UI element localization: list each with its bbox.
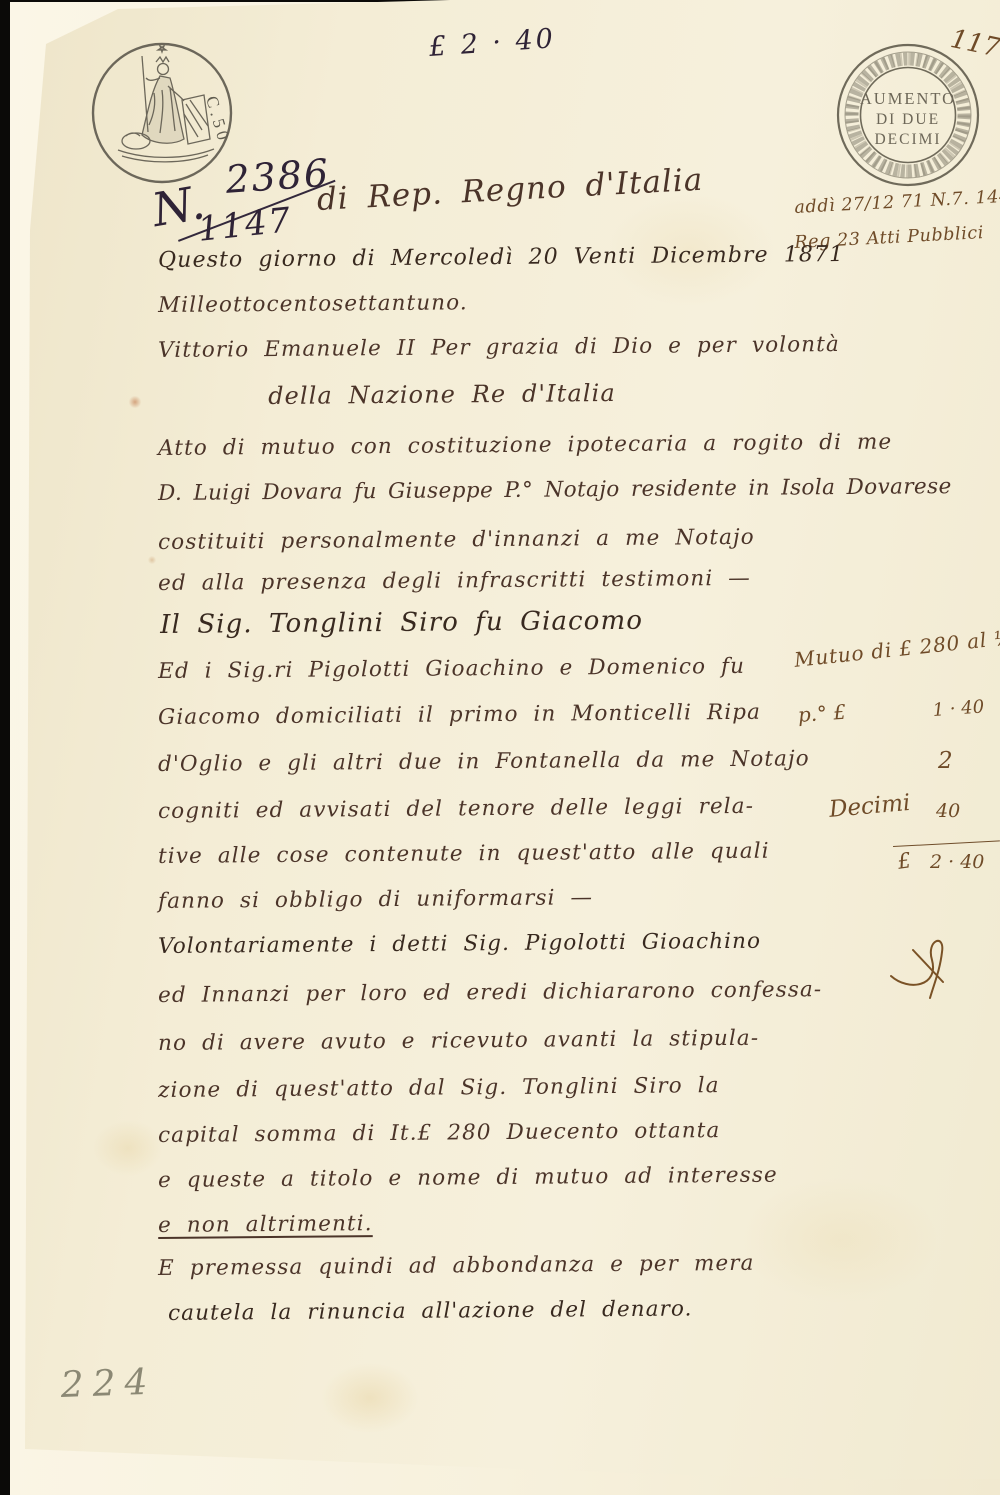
stamp-text-line2: DI DUE bbox=[876, 111, 940, 128]
body-line: capital somma di It.£ 280 Duecento ottan… bbox=[158, 1118, 720, 1148]
revenue-stamp-c50: C.50 bbox=[90, 38, 240, 192]
notary-paraph bbox=[885, 918, 965, 1003]
body-line: d'Oglio e gli altri due in Fontanella da… bbox=[158, 746, 810, 777]
body-line: Questo giorno di Mercoledì 20 Venti Dice… bbox=[158, 242, 844, 273]
body-line: cogniti ed avvisati del tenore delle leg… bbox=[158, 794, 754, 824]
fee-annotation: £ 2 · 40 bbox=[428, 23, 557, 63]
margin-calc-interest-label: p.° £ bbox=[797, 700, 847, 727]
sum-rule bbox=[893, 840, 1000, 847]
body-line: e queste a titolo e nome di mutuo ad int… bbox=[158, 1163, 778, 1193]
body-line: della Nazione Re d'Italia bbox=[268, 379, 616, 410]
act-number: 2386 bbox=[224, 151, 332, 202]
act-title-rest: di Rep. Regno d'Italia bbox=[316, 162, 704, 218]
scanned-document: { "document": { "fee_annotation": "£ 2 ·… bbox=[0, 0, 1000, 1495]
aumento-due-decimi-stamp: AUMENTO DI DUE DECIMI bbox=[833, 36, 983, 194]
body-line: tive alle cose contenute in quest'atto a… bbox=[158, 839, 770, 869]
body-line: fanno si obbligo di uniformarsi — bbox=[158, 885, 593, 914]
body-line: Il Sig. Tonglini Siro fu Giacomo bbox=[160, 606, 643, 640]
pencil-archive-number: 224 bbox=[60, 1362, 157, 1406]
margin-calc-factor: 2 bbox=[938, 748, 953, 774]
body-line: D. Luigi Dovara fu Giuseppe P.° Notajo r… bbox=[158, 474, 952, 506]
margin-calc-total-currency: £ bbox=[896, 848, 913, 874]
star-icon bbox=[158, 46, 166, 52]
margin-calc-decimi-label: Decimi bbox=[828, 790, 911, 823]
body-line: no di avere avuto e ricevuto avanti la s… bbox=[158, 1026, 759, 1056]
margin-calc-interest-value: 1 · 40 bbox=[932, 696, 985, 721]
body-line: Atto di mutuo con costituzione ipotecari… bbox=[158, 430, 892, 461]
body-line: ed alla presenza degli infrascritti test… bbox=[158, 566, 751, 596]
body-line: E premessa quindi ad abbondanza e per me… bbox=[158, 1251, 755, 1281]
margin-calc-mutuo: Mutuo di £ 280 al ½ bbox=[793, 625, 1000, 672]
body-line: ed Innanzi per loro ed eredi dichiararon… bbox=[158, 977, 822, 1008]
body-line: cautela la rinuncia all'azione del denar… bbox=[168, 1296, 693, 1326]
body-line: Milleottocentosettantuno. bbox=[158, 290, 468, 318]
margin-calc-decimi-value: 40 bbox=[936, 800, 960, 822]
body-line: Ed i Sig.ri Pigolotti Gioachino e Domeni… bbox=[158, 654, 745, 684]
body-line: Vittorio Emanuele II Per grazia di Dio e… bbox=[158, 332, 840, 363]
body-line: e non altrimenti. bbox=[158, 1211, 373, 1238]
body-line: Giacomo domiciliati il primo in Monticel… bbox=[158, 700, 761, 730]
stamp-text-line1: AUMENTO bbox=[860, 89, 956, 108]
document-page: £ 2 · 40 117 C.50 bbox=[0, 0, 1000, 1495]
repertory-number: 1147 bbox=[196, 200, 294, 250]
body-line: Volontariamente i detti Sig. Pigolotti G… bbox=[158, 929, 761, 959]
stamp-text-line3: DECIMI bbox=[874, 131, 941, 148]
body-line: costituiti personalmente d'innanzi a me … bbox=[158, 525, 755, 555]
body-line: zione di quest'atto dal Sig. Tonglini Si… bbox=[158, 1073, 720, 1103]
margin-calc-total-value: 2 · 40 bbox=[930, 851, 984, 873]
